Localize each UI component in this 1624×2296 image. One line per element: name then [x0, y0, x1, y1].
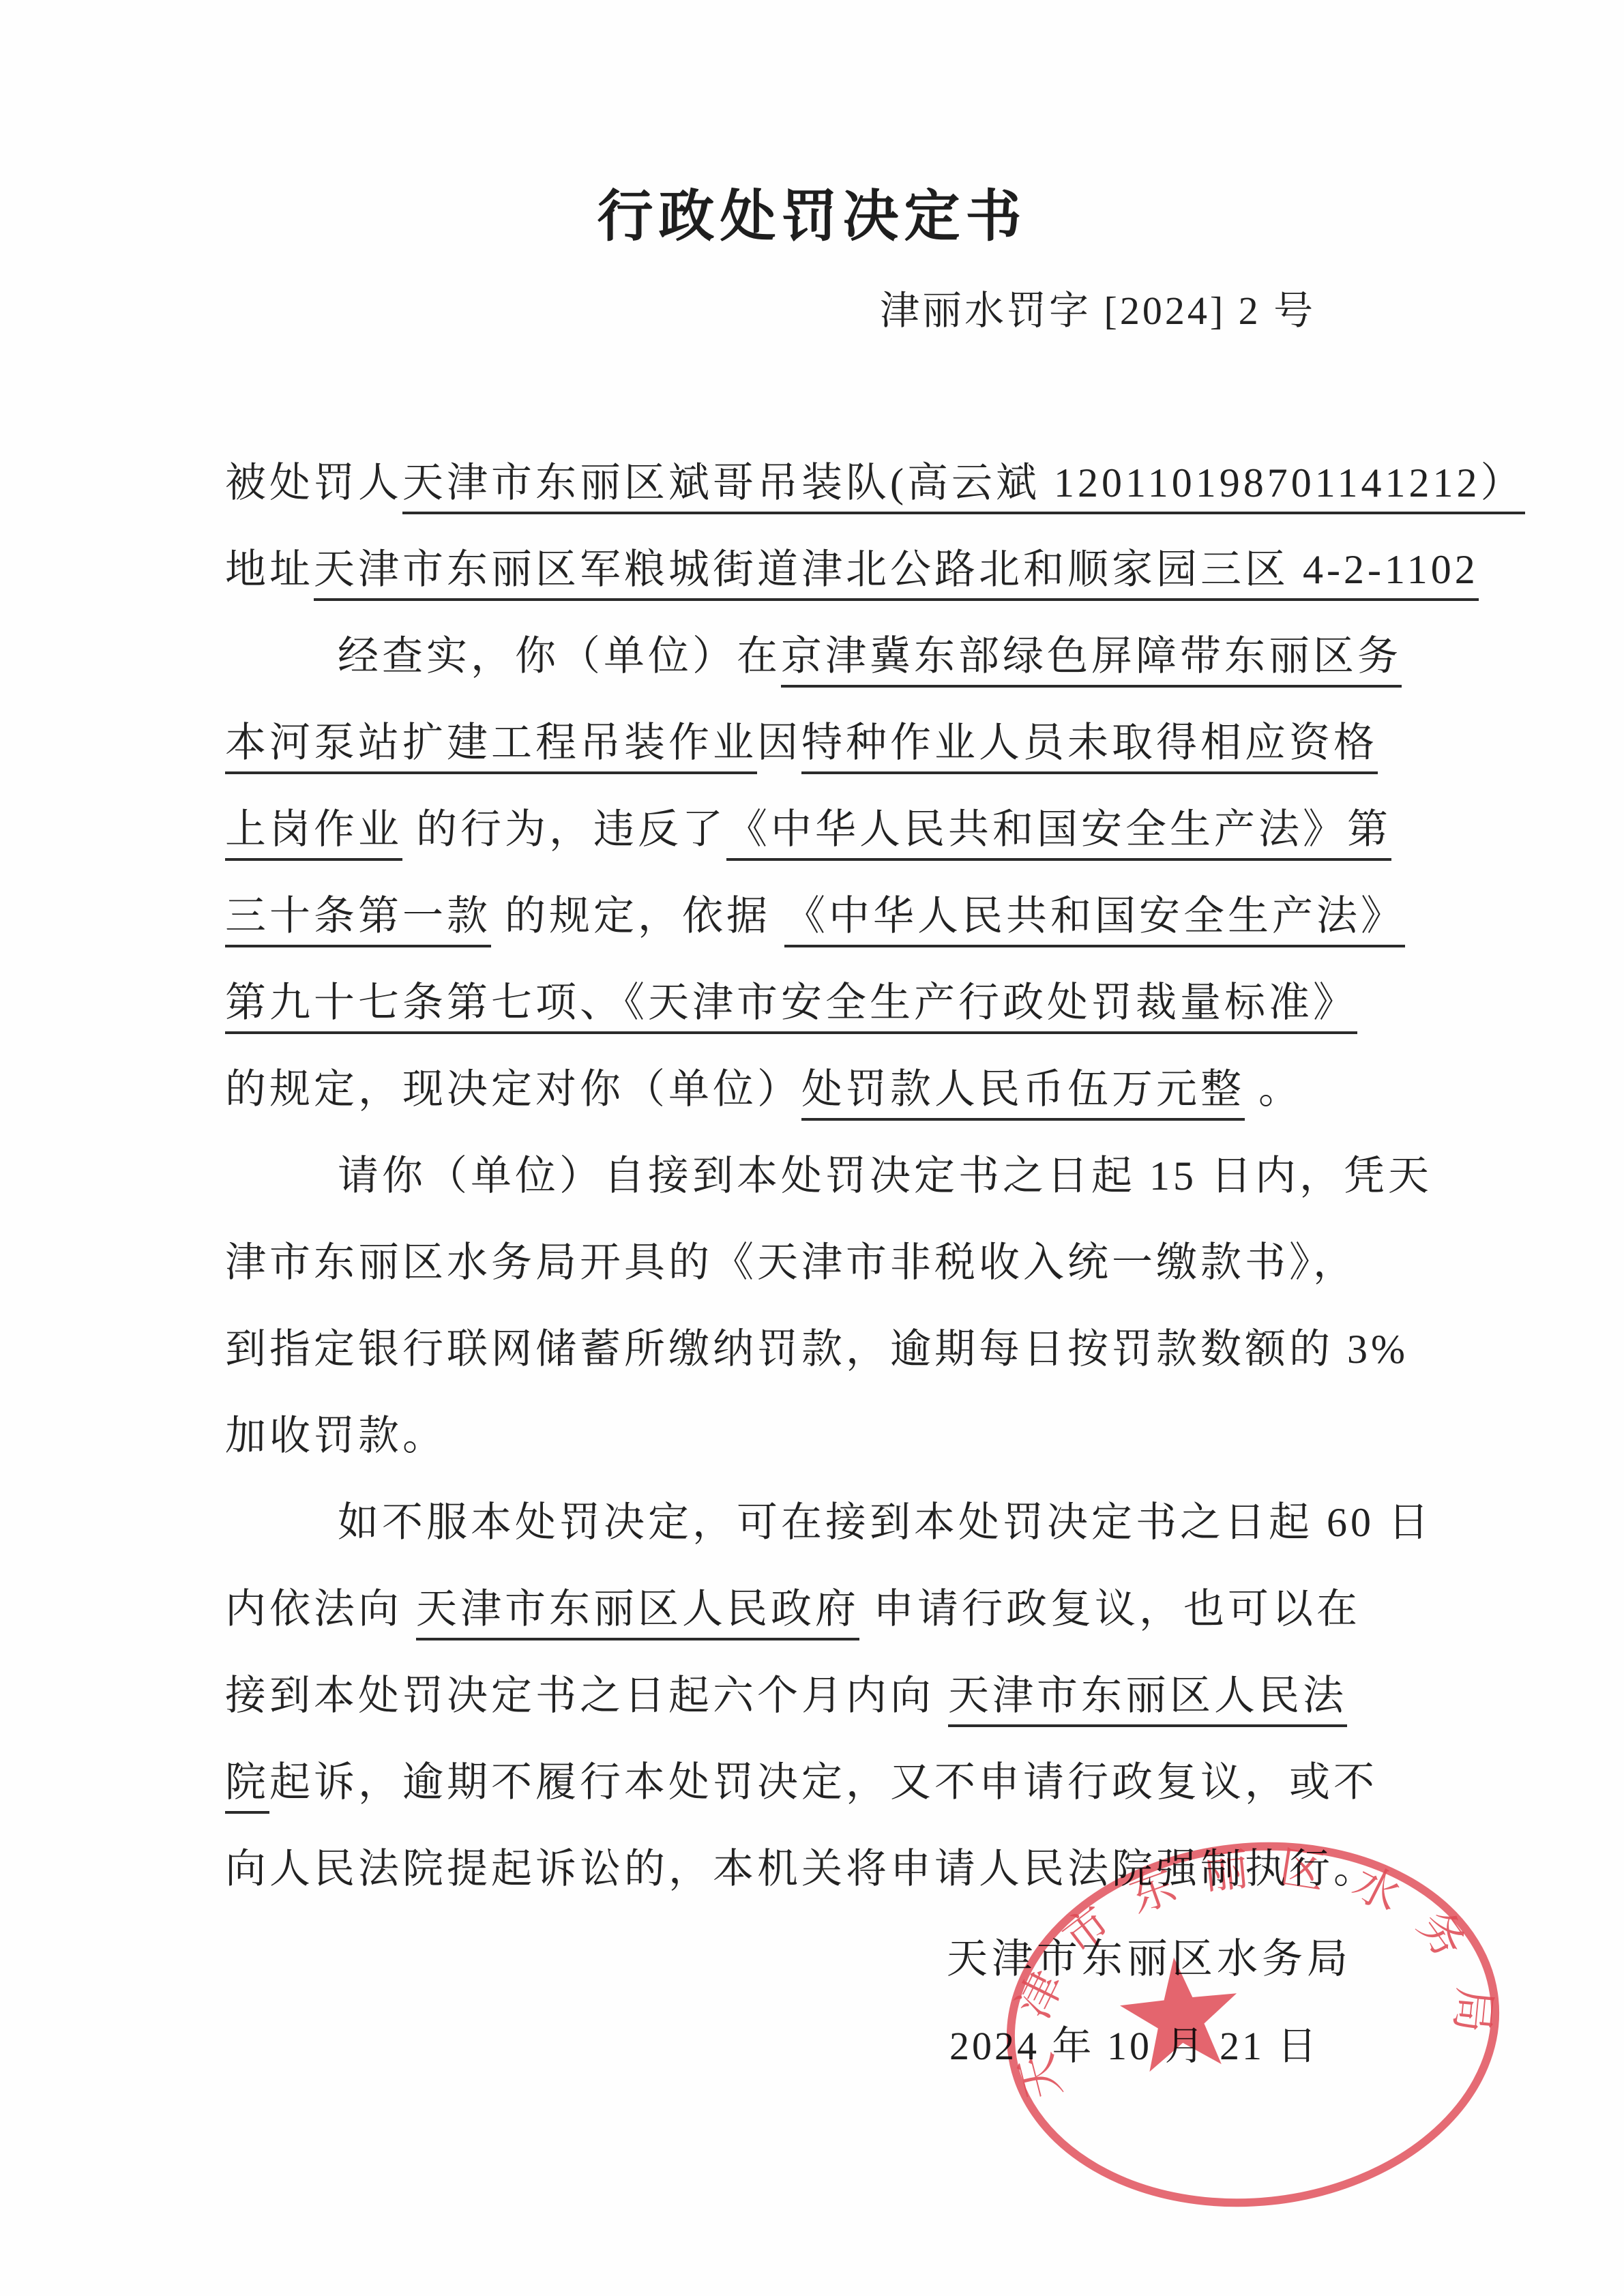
underlined-text: 上岗作业 — [225, 807, 402, 861]
text-line: 内依法向 天津市东丽区人民政府 申请行政复议，也可以在 — [225, 1566, 1427, 1653]
text-line: 第九十七条第七项、《天津市安全生产行政处罚裁量标准》 — [225, 960, 1427, 1046]
text-line: 院起诉，逾期不履行本处罚决定，又不申请行政复议，或不 — [225, 1739, 1427, 1826]
plain-text: 的规定，现决定对你（单位） — [225, 1067, 801, 1112]
underlined-text: 第九十七条第七项、《天津市安全生产行政处罚裁量标准》 — [225, 980, 1357, 1034]
plain-text: 内依法向 — [225, 1587, 416, 1632]
text-line: 津市东丽区水务局开具的《天津市非税收入统一缴款书》， — [225, 1220, 1427, 1306]
text-line: 接到本处罚决定书之日起六个月内向 天津市东丽区人民法 — [225, 1653, 1427, 1739]
plain-text: 。 — [1245, 1067, 1303, 1112]
underlined-text: 《中华人民共和国安全生产法》第 — [726, 807, 1391, 861]
text-line: 如不服本处罚决定，可在接到本处罚决定书之日起 60 日 — [225, 1480, 1427, 1566]
plain-text: 被处罚人 — [225, 460, 402, 505]
text-line: 到指定银行联网储蓄所缴纳罚款，逾期每日按罚款数额的 3% — [225, 1306, 1427, 1393]
plain-text: 向人民法院提起诉讼的，本机关将申请人民法院强制执行。 — [225, 1846, 1378, 1892]
text-line: 本河泵站扩建工程吊装作业因特种作业人员未取得相应资格 — [225, 700, 1427, 786]
plain-text: 地址 — [225, 547, 314, 592]
underlined-text: 三十条第一款 — [225, 894, 491, 947]
page-title: 行政处罚决定书 — [0, 172, 1624, 252]
plain-text: 申请行政复议，也可以在 — [859, 1587, 1361, 1632]
plain-text: 如不服本处罚决定，可在接到本处罚决定书之日起 60 日 — [338, 1500, 1432, 1545]
underlined-text: 院 — [225, 1760, 269, 1814]
underlined-text: 《中华人民共和国安全生产法》 — [784, 894, 1405, 947]
text-line: 加收罚款。 — [225, 1393, 1427, 1480]
plain-text: 津市东丽区水务局开具的《天津市非税收入统一缴款书》， — [225, 1240, 1357, 1285]
underlined-text: 天津市东丽区斌哥吊装队(高云斌 120110198701141212） — [402, 460, 1525, 514]
text-line: 向人民法院提起诉讼的，本机关将申请人民法院强制执行。 — [225, 1826, 1427, 1913]
plain-text: 的规定，依据 — [491, 894, 784, 939]
underlined-text: 天津市东丽区人民法 — [948, 1673, 1347, 1727]
underlined-text: 特种作业人员未取得相应资格 — [801, 720, 1378, 774]
plain-text: 的行为，违反了 — [402, 807, 726, 852]
issuing-authority-signature: 天津市东丽区水务局 — [947, 1926, 1352, 1985]
plain-text: 到指定银行联网储蓄所缴纳罚款，逾期每日按罚款数额的 3% — [225, 1327, 1408, 1372]
plain-text: 因 — [757, 720, 801, 765]
document-number: 津丽水罚字 [2024] 2 号 — [880, 278, 1316, 336]
body-lines: 被处罚人天津市东丽区斌哥吊装队(高云斌 120110198701141212）地… — [225, 440, 1427, 1913]
text-line: 经查实，你（单位）在京津冀东部绿色屏障带东丽区务 — [225, 613, 1427, 700]
plain-text: 接到本处罚决定书之日起六个月内向 — [225, 1673, 948, 1718]
text-line: 三十条第一款 的规定，依据 《中华人民共和国安全生产法》 — [225, 873, 1427, 960]
text-line: 请你（单位）自接到本处罚决定书之日起 15 日内，凭天 — [225, 1133, 1427, 1220]
text-line: 的规定，现决定对你（单位）处罚款人民币伍万元整 。 — [225, 1046, 1427, 1133]
plain-text: 经查实，你（单位）在 — [338, 634, 781, 679]
text-line: 上岗作业 的行为，违反了《中华人民共和国安全生产法》第 — [225, 786, 1427, 873]
plain-text: 起诉，逾期不履行本处罚决定，又不申请行政复议，或不 — [269, 1760, 1378, 1805]
text-line: 地址天津市东丽区军粮城街道津北公路北和顺家园三区 4-2-1102 — [225, 527, 1427, 613]
underlined-text: 京津冀东部绿色屏障带东丽区务 — [781, 634, 1402, 688]
underlined-text: 本河泵站扩建工程吊装作业 — [225, 720, 757, 774]
plain-text: 请你（单位）自接到本处罚决定书之日起 15 日内，凭天 — [338, 1153, 1432, 1198]
penalty-decision-document: 行政处罚决定书 津丽水罚字 [2024] 2 号 被处罚人天津市东丽区斌哥吊装队… — [0, 0, 1624, 2296]
underlined-text: 处罚款人民币伍万元整 — [801, 1067, 1245, 1121]
plain-text: 加收罚款。 — [225, 1413, 447, 1458]
underlined-text: 天津市东丽区人民政府 — [416, 1587, 859, 1640]
underlined-text: 天津市东丽区军粮城街道津北公路北和顺家园三区 4-2-1102 — [314, 547, 1479, 601]
issue-date: 2024 年 10 月 21 日 — [949, 2014, 1320, 2071]
text-line: 被处罚人天津市东丽区斌哥吊装队(高云斌 120110198701141212） — [225, 440, 1427, 527]
